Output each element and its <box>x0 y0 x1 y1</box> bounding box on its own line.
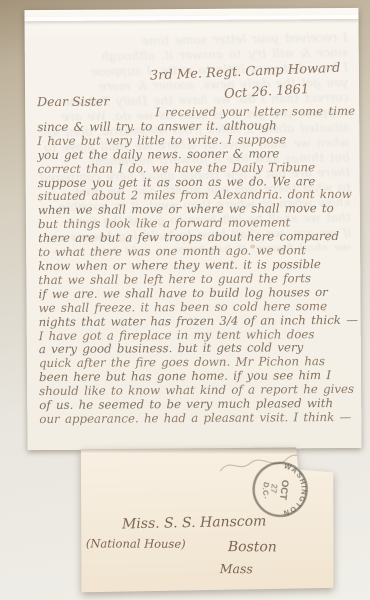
envelope-recipient: Miss. S. S. Hanscom <box>122 513 267 532</box>
envelope: WASHINGTON D.C. OCT 27 Miss. S. S. Hansc… <box>78 446 335 593</box>
photo-backdrop: I received your letter some timesince & … <box>0 0 370 600</box>
envelope-city: Boston <box>228 539 277 555</box>
stain-spot <box>250 245 255 249</box>
postmark-day-text: 27 <box>269 483 280 494</box>
stain-spot <box>277 248 280 251</box>
postmark-stamp: WASHINGTON D.C. OCT 27 <box>248 457 312 521</box>
fold-crease <box>25 15 359 21</box>
envelope-wrap: WASHINGTON D.C. OCT 27 Miss. S. S. Hansc… <box>78 447 334 593</box>
envelope-note: (National House) <box>86 536 186 551</box>
letter-line: our appearance. he had a pleasant visit.… <box>39 411 357 427</box>
envelope-state: Mass <box>220 561 253 576</box>
letter-sheet: I received your letter some timesince & … <box>24 8 361 450</box>
stain-spot <box>323 308 326 311</box>
letter-body: I received your letter some timesince & … <box>37 105 357 427</box>
